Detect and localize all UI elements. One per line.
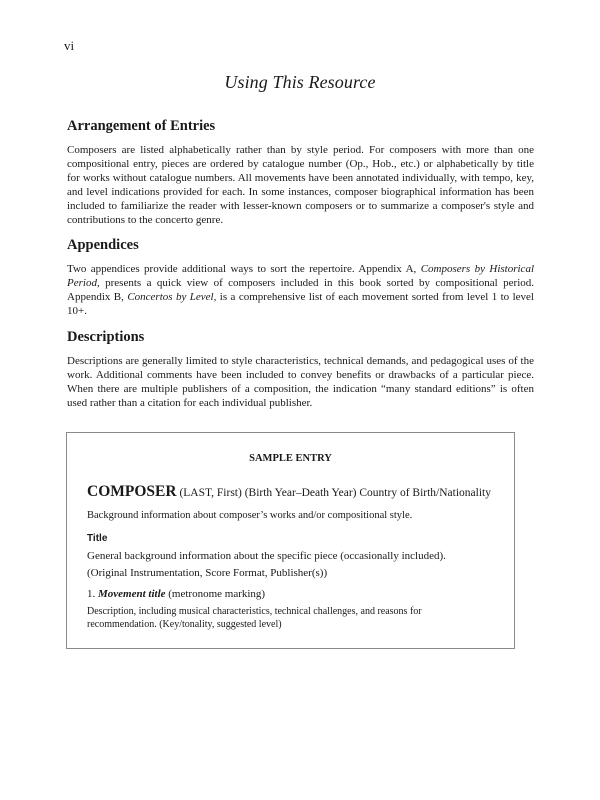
movement-number: 1. bbox=[87, 588, 98, 600]
movement-title: Movement title bbox=[98, 588, 166, 600]
section-appendices: Appendices Two appendices provide additi… bbox=[67, 236, 534, 318]
piece-title-label: Title bbox=[87, 533, 507, 544]
chapter-title: Using This Resource bbox=[0, 72, 600, 93]
movement-description: Description, including musical character… bbox=[87, 605, 467, 631]
composer-background: Background information about composer’s … bbox=[87, 510, 507, 521]
appendix-b-title: Concertos by Level bbox=[127, 291, 213, 303]
sample-entry-heading: SAMPLE ENTRY bbox=[67, 453, 514, 464]
piece-instrumentation: (Original Instrumentation, Score Format,… bbox=[87, 567, 507, 579]
movement-marking: (metronome marking) bbox=[166, 588, 266, 600]
piece-general-info: General background information about the… bbox=[87, 550, 507, 562]
section-heading: Appendices bbox=[67, 236, 534, 254]
composer-name: COMPOSER bbox=[87, 483, 177, 500]
movement-line: 1. Movement title (metronome marking) bbox=[87, 588, 507, 600]
composer-details: (LAST, First) (Birth Year–Death Year) Co… bbox=[177, 487, 491, 499]
composer-line: COMPOSER (LAST, First) (Birth Year–Death… bbox=[87, 483, 507, 501]
section-body: Composers are listed alphabetically rath… bbox=[67, 143, 534, 227]
section-descriptions: Descriptions Descriptions are generally … bbox=[67, 328, 534, 410]
section-body: Two appendices provide additional ways t… bbox=[67, 262, 534, 318]
section-arrangement-of-entries: Arrangement of Entries Composers are lis… bbox=[67, 117, 534, 227]
body-text: Two appendices provide additional ways t… bbox=[67, 263, 421, 275]
page-number: vi bbox=[64, 38, 74, 54]
sample-entry-box: SAMPLE ENTRY COMPOSER (LAST, First) (Bir… bbox=[66, 432, 515, 649]
section-body: Descriptions are generally limited to st… bbox=[67, 354, 534, 410]
section-heading: Arrangement of Entries bbox=[67, 117, 534, 135]
section-heading: Descriptions bbox=[67, 328, 534, 346]
